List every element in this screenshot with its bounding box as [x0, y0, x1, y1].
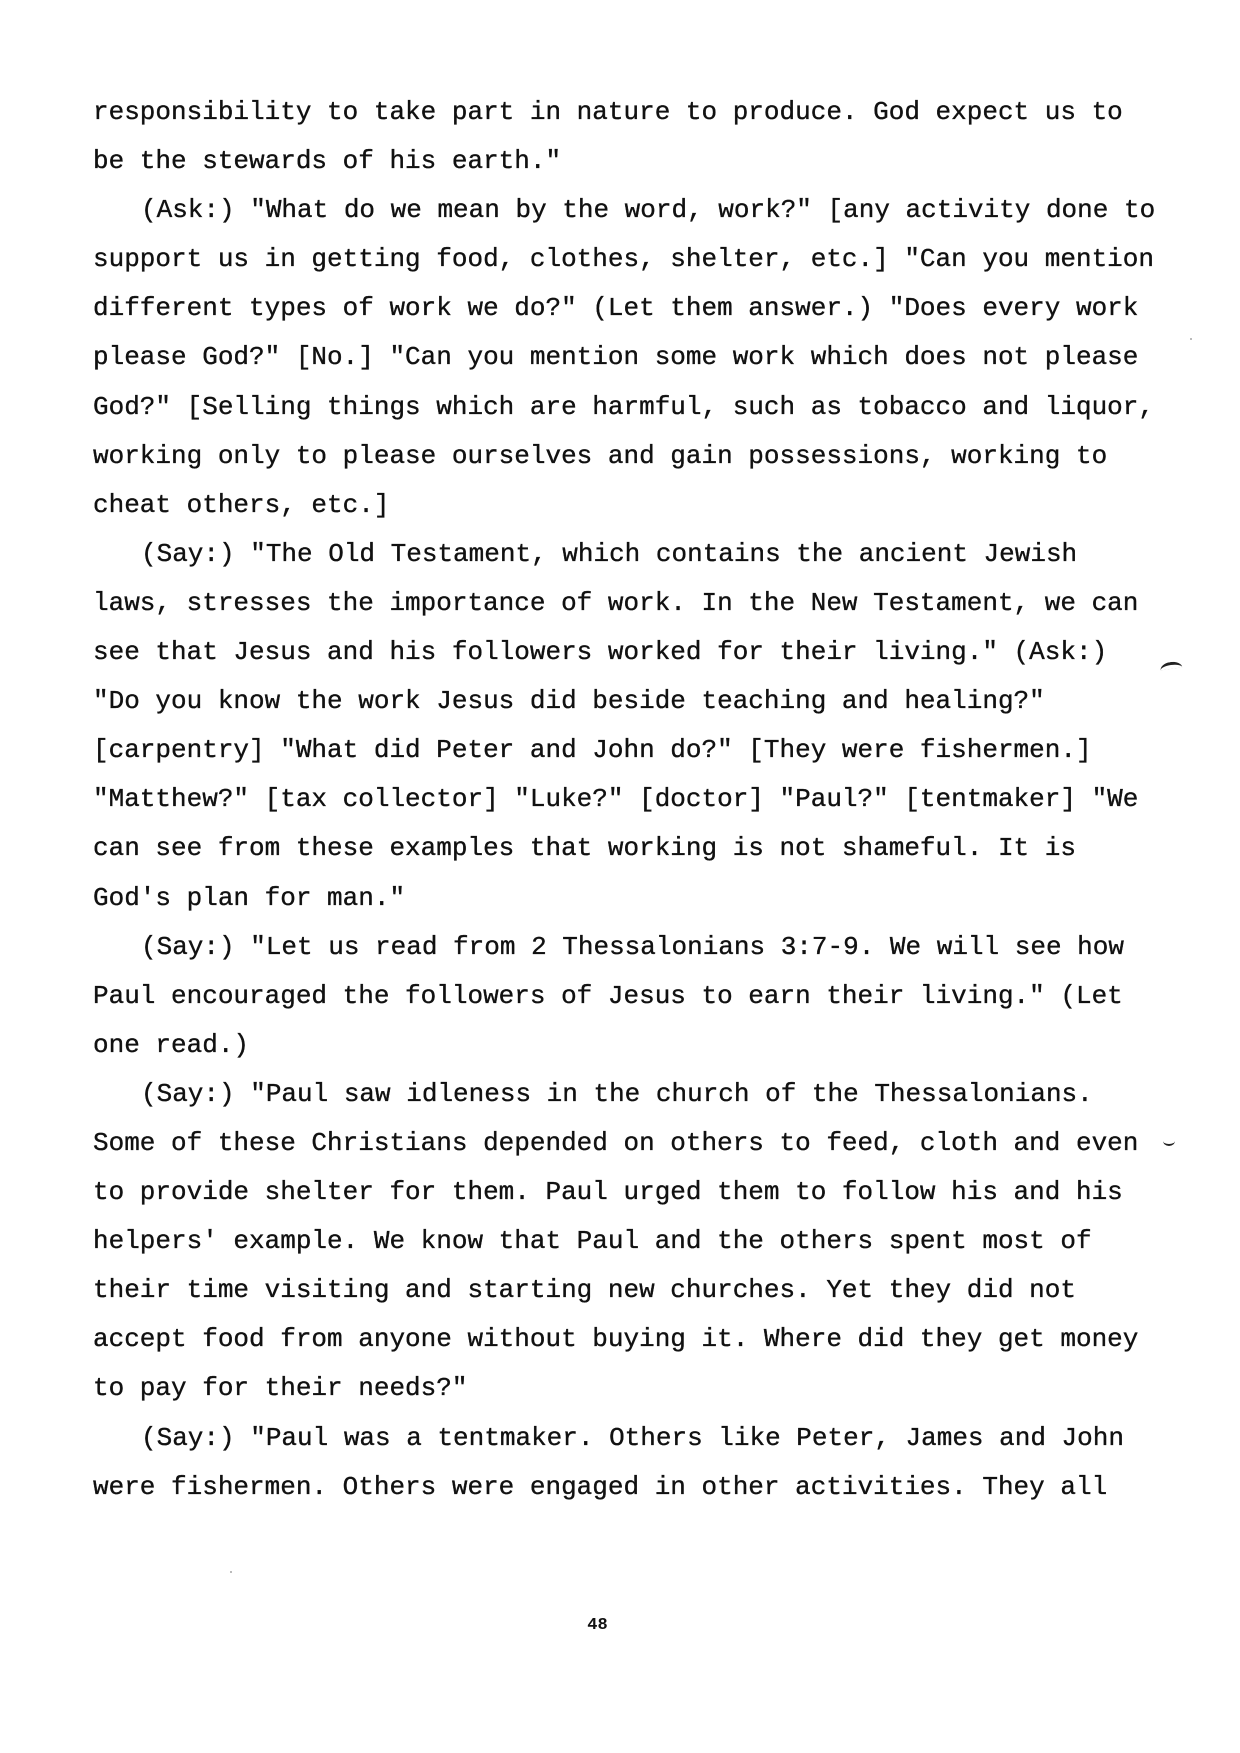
- text-line: see that Jesus and his followers worked …: [93, 628, 1213, 677]
- text-line: God?" [Selling things which are harmful,…: [93, 383, 1213, 432]
- text-line: their time visiting and starting new chu…: [93, 1266, 1213, 1315]
- text-line: God's plan for man.": [93, 874, 1213, 923]
- text-line: support us in getting food, clothes, she…: [93, 235, 1213, 284]
- text-line: helpers' example. We know that Paul and …: [93, 1217, 1213, 1266]
- page-number: 48: [0, 1616, 1195, 1635]
- text-line: working only to please ourselves and gai…: [93, 432, 1213, 481]
- document-page: responsibility to take part in nature to…: [0, 0, 1240, 1753]
- scan-speck: [304, 400, 306, 402]
- text-line: were fishermen. Others were engaged in o…: [93, 1463, 1213, 1512]
- scan-speck: [230, 1571, 232, 1573]
- text-line: one read.): [93, 1021, 1213, 1070]
- text-line: accept food from anyone without buying i…: [93, 1315, 1213, 1364]
- text-line: cheat others, etc.]: [93, 481, 1213, 530]
- scan-speck: [1190, 338, 1192, 340]
- text-line: be the stewards of his earth.": [93, 137, 1213, 186]
- text-line: (Say:) "The Old Testament, which contain…: [93, 530, 1213, 579]
- text-line: (Say:) "Let us read from 2 Thessalonians…: [93, 923, 1213, 972]
- text-line: [carpentry] "What did Peter and John do?…: [93, 726, 1213, 775]
- text-line: "Matthew?" [tax collector] "Luke?" [doct…: [93, 775, 1213, 824]
- text-line: to pay for their needs?": [93, 1364, 1213, 1413]
- text-line: "Do you know the work Jesus did beside t…: [93, 677, 1213, 726]
- text-line: (Say:) "Paul was a tentmaker. Others lik…: [93, 1414, 1213, 1463]
- body-text: responsibility to take part in nature to…: [93, 88, 1213, 1512]
- text-line: (Ask:) "What do we mean by the word, wor…: [93, 186, 1213, 235]
- text-line: (Say:) "Paul saw idleness in the church …: [93, 1070, 1213, 1119]
- text-line: to provide shelter for them. Paul urged …: [93, 1168, 1213, 1217]
- text-line: can see from these examples that working…: [93, 824, 1213, 873]
- text-line: Some of these Christians depended on oth…: [93, 1119, 1213, 1168]
- text-line: different types of work we do?" (Let the…: [93, 284, 1213, 333]
- text-line: laws, stresses the importance of work. I…: [93, 579, 1213, 628]
- text-line: Paul encouraged the followers of Jesus t…: [93, 972, 1213, 1021]
- text-line: responsibility to take part in nature to…: [93, 88, 1213, 137]
- text-line: please God?" [No.] "Can you mention some…: [93, 333, 1213, 382]
